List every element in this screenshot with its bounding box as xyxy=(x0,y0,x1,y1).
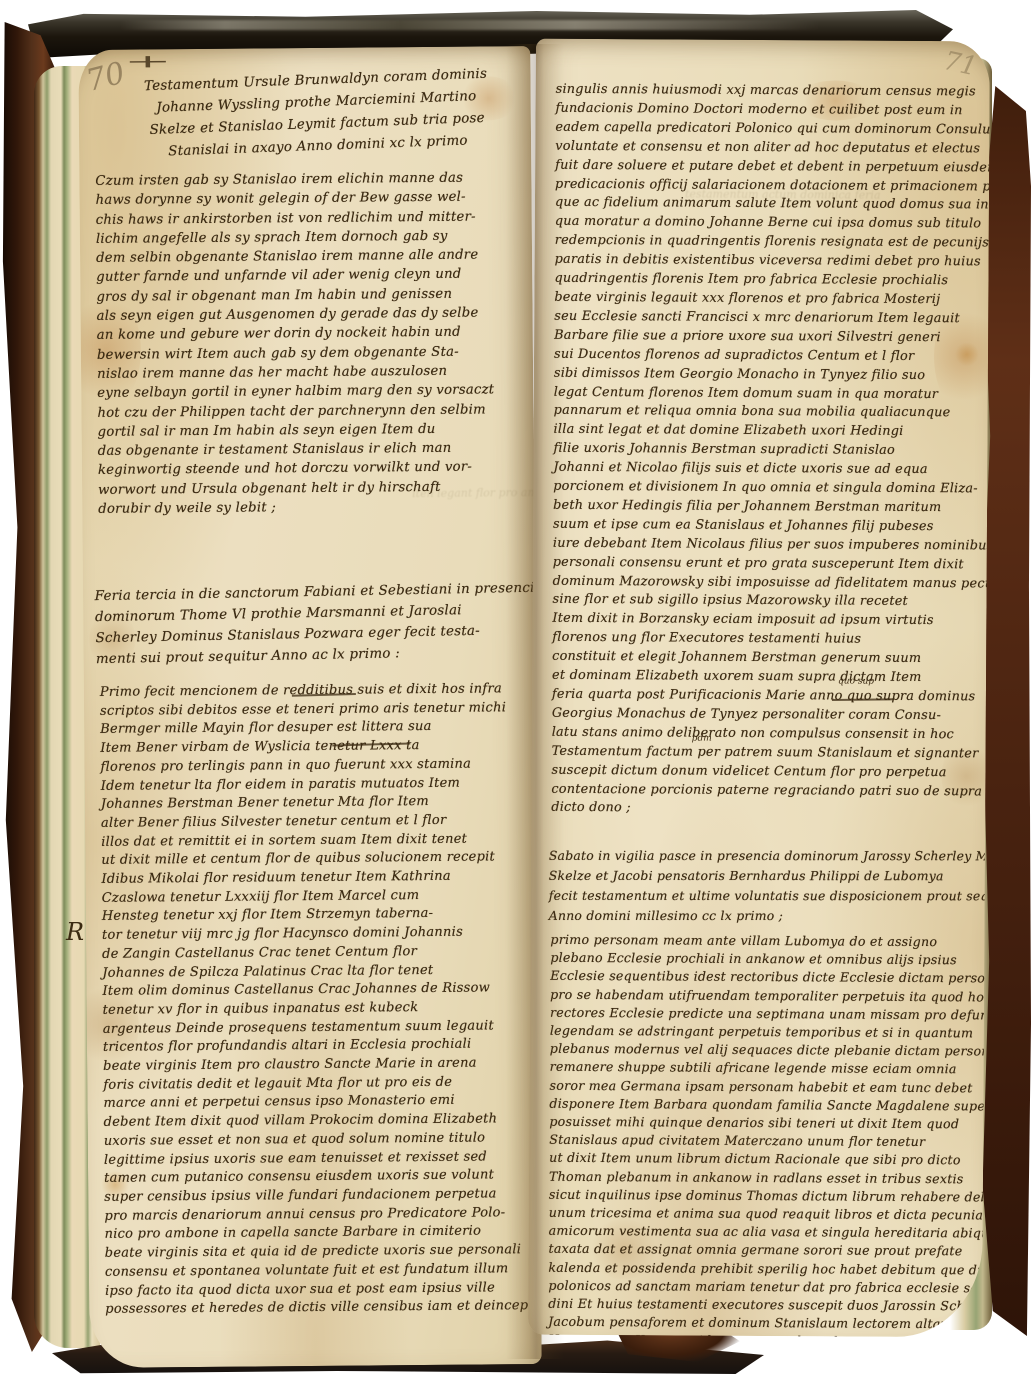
manuscript-line: Skelze et Jacobi pensatoris Bernhardus P… xyxy=(549,866,981,886)
manuscript-line: chis haws ir ankirstorben ist von redlic… xyxy=(96,207,526,230)
manuscript-line: Johanni et Nicolao filijs suis et dicte … xyxy=(553,459,979,481)
manuscript-line: kalenda et possidenda prehibit sperilig … xyxy=(548,1258,978,1279)
left-paragraph-2: Primo fecit mencionem de redditibus suis… xyxy=(100,680,538,1320)
manuscript-line: possessores et heredes de dictis ville c… xyxy=(105,1297,537,1319)
manuscript-line: voluntate et consensu et non aliter ad h… xyxy=(555,137,981,159)
manuscript-line: redempcionis in quadringentis florenis r… xyxy=(555,232,981,254)
manuscript-line: porcionem et divisionem In quo omnia et … xyxy=(553,478,979,500)
manuscript-line: taxata dat et assignat omnia germane sor… xyxy=(549,1240,979,1261)
manuscript-line: hot czu der Philippen tacht der parchner… xyxy=(97,400,527,423)
manuscript-line: florenos pro terlingis pann in quo fueru… xyxy=(100,755,532,777)
book-top-edge-glint xyxy=(120,20,820,30)
manuscript-line: pro se habendam utifruendam temporaliter… xyxy=(550,985,980,1006)
manuscript-line: legat Centum florenos Item domum suam in… xyxy=(554,383,980,405)
manuscript-line: Ecclesie sequentibus idest rectoribus di… xyxy=(550,967,980,988)
margin-cross-mark: + xyxy=(124,51,172,72)
manuscript-line: latu stans animo deliberato non compulsu… xyxy=(552,724,978,746)
show-through-text: iten legant flor pro anima xyxy=(412,486,542,500)
right-paragraph-2: primo personam meam ante villam Lubomya … xyxy=(548,931,981,1338)
manuscript-line: suum et ipse cum ea Stanislaus et Johann… xyxy=(553,516,979,538)
manuscript-line: Testamentum factum per patrem suum Stani… xyxy=(552,742,978,764)
manuscript-line: singulis annis huiusmodi xxj marcas dena… xyxy=(556,81,982,103)
manuscript-line: Thoman plebanum in ankanow in radlans es… xyxy=(549,1167,979,1188)
interlinear-note: quo sup xyxy=(838,676,874,686)
manuscript-line: beate virginis legauit xxx florenos et p… xyxy=(554,289,980,311)
margin-mark-r: R xyxy=(66,918,84,946)
manuscript-line: dicto dono ; xyxy=(551,799,977,821)
manuscript-line: Item olim dominus Castellanus Crac Johan… xyxy=(102,979,534,1001)
interlinear-note: pdm xyxy=(692,734,712,744)
manuscript-line: contentacione porcionis paterne regracia… xyxy=(551,780,977,802)
folio-number-right: 71 xyxy=(941,46,980,82)
manuscript-line: remanere shuppe subtili africane legende… xyxy=(550,1058,980,1079)
manuscript-line: ut dixit Item unum librum dictum Raciona… xyxy=(549,1149,979,1170)
right-paragraph-1: singulis annis huiusmodi xxj marcas dena… xyxy=(551,81,981,821)
manuscript-line: iure debebant Item Nicolaus filius per s… xyxy=(553,534,979,556)
manuscript-line: sine flor et sub sigillo ipsius Mazorows… xyxy=(552,591,978,613)
manuscript-line: dominum Mazorowsky sibi imposuisse ad fi… xyxy=(553,572,979,594)
manuscript-line: keginwortig steende und hot dorczu vorwi… xyxy=(98,458,528,481)
manuscript-line: Anno domini millesimo cc lx primo ; xyxy=(549,906,981,926)
manuscript-line: beate virginis Item pro claustro Sancte … xyxy=(103,1054,535,1076)
manuscript-line: illa sint legat et dat domine Elizabeth … xyxy=(554,421,980,443)
manuscript-line: predicacionis officij salariacionem dota… xyxy=(555,175,981,197)
manuscript-line: et dominam Elizabeth uxorem suam supra d… xyxy=(552,667,978,689)
manuscript-line: sui Ducentos florenos ad supradictos Cen… xyxy=(554,345,980,367)
right-heading-2: Sabato in vigilia pasce in presencia dom… xyxy=(549,846,981,926)
manuscript-line: filie uxoris Johannis Berstman supradict… xyxy=(553,440,979,462)
manuscript-line: florenos ung flor Executores testamenti … xyxy=(552,629,978,651)
left-paragraph-1: Czum irsten gab sy Stanislao irem elichi… xyxy=(95,168,528,519)
left-heading-2: Feria tercia in die sanctorum Fabiani et… xyxy=(95,578,531,670)
manuscript-line: beth uxor Hedingis filia per Johannem Be… xyxy=(553,497,979,519)
manuscript-photo: 70 + Testamentum Ursule Brunwaldyn coram… xyxy=(0,0,1031,1378)
manuscript-line: sibi dimissos Item Georgio Monacho in Ty… xyxy=(554,364,980,386)
manuscript-line: pannarum et reliqua omnia bona sua mobil… xyxy=(554,402,980,424)
manuscript-line: qua moratur a domino Johanne Berne cui i… xyxy=(555,213,981,235)
manuscript-line: que ac fidelium animarum salute Item vol… xyxy=(555,194,981,216)
manuscript-line: fecit testamentum et ultime voluntatis s… xyxy=(549,886,981,906)
manuscript-line: fuit dare soluere et putare debet et deb… xyxy=(555,156,981,178)
manuscript-line: eadem capella predicatori Polonico qui c… xyxy=(555,119,981,141)
manuscript-line: fundacionis Domino Doctori moderno et cu… xyxy=(555,100,981,122)
manuscript-line: constituit et elegit Johannem Berstman g… xyxy=(552,648,978,670)
manuscript-line: ut dixit mille et centum flor de quibus … xyxy=(101,848,533,870)
manuscript-line: seu Ecclesie sancti Francisci x mrc dena… xyxy=(554,308,980,330)
manuscript-line: Sabato in vigilia pasce in presencia dom… xyxy=(549,846,981,866)
manuscript-line: feria quarta post Purificacionis Marie a… xyxy=(552,686,978,708)
left-page: 70 + Testamentum Ursule Brunwaldyn coram… xyxy=(78,46,541,1368)
manuscript-line: Georgius Monachus de Tynyez personaliter… xyxy=(552,705,978,727)
manuscript-line: quadringentis florenis Item pro fabrica … xyxy=(554,270,980,292)
manuscript-line: paratis in debitis existentibus vicevers… xyxy=(555,251,981,273)
manuscript-line: soror mea Germana ipsam personam habebit… xyxy=(550,1076,980,1097)
manuscript-line: personali consensu erunt et pro grata su… xyxy=(553,553,979,575)
left-header-block: Testamentum Ursule Brunwaldyn coram domi… xyxy=(115,63,518,166)
right-page: 71 testamentum actum dominica feria sing… xyxy=(528,39,990,1338)
manuscript-line: suscepit dictum donum videlicet Centum f… xyxy=(551,761,977,783)
manuscript-line: Item dixit in Borzansky eciam imposuit a… xyxy=(552,610,978,632)
manuscript-line: Barbare filie sue a priore uxore sua uxo… xyxy=(554,327,980,349)
